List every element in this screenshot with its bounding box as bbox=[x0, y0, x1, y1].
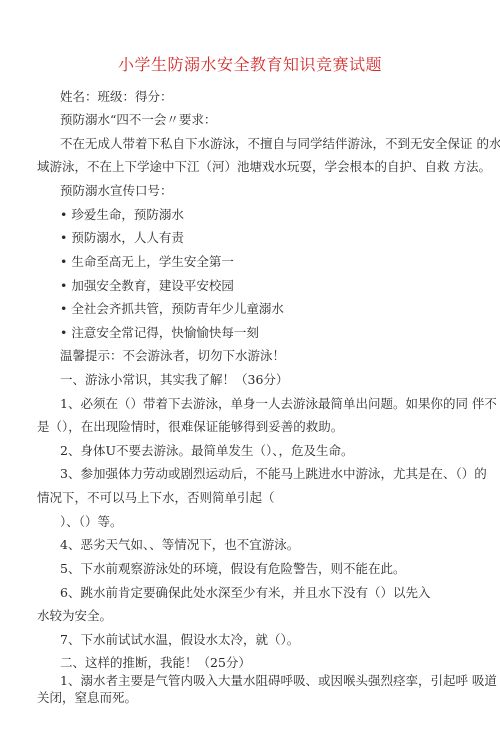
slogans-heading: 预防溺水宣传口号： bbox=[60, 183, 173, 199]
question-4: 4、恶劣天气如、、等情况下，也不宜游泳。 bbox=[60, 537, 299, 553]
question-6-line-2: 水较为安全。 bbox=[37, 608, 112, 624]
question-3-line-2: 情况下，不可以马上下水，否则简单引起（ bbox=[37, 490, 275, 506]
student-info-line: 姓名：班级：得分： bbox=[60, 89, 173, 105]
slogan-item: • 预防溺水，人人有责 bbox=[60, 230, 184, 246]
document-title: 小学生防溺水安全教育知识竞赛试题 bbox=[0, 52, 500, 75]
question-3-line-3: ）、（）等。 bbox=[60, 514, 123, 530]
section-2-question-1-line-1: 1、溺水者主要是气管内吸入大量水阻碍呼吸、或因喉头强烈痉挛，引起呼 吸道 bbox=[60, 673, 497, 689]
question-1-line-1: 1、必须在（）带着下去游泳，单身一人去游泳最简单出问题。如果你的同 伴不 bbox=[60, 396, 497, 412]
section-2-question-1-line-2: 关闭，窒息而死。 bbox=[37, 690, 137, 706]
slogan-item: • 注意安全常记得，快愉愉快每一刻 bbox=[60, 325, 259, 341]
slogan-item: • 加强安全教育，建设平安校园 bbox=[60, 278, 234, 294]
document-page: 小学生防溺水安全教育知识竞赛试题 姓名：班级：得分： 预防溺水“四不一会〃要求：… bbox=[0, 0, 500, 747]
requirements-heading: 预防溺水“四不一会〃要求： bbox=[60, 112, 216, 128]
slogan-item: • 珍爱生命，预防溺水 bbox=[60, 207, 184, 223]
question-3-line-1: 3、参加强体力劳动或剧烈运动后，不能马上跳进水中游泳，尤其是在、（）的 bbox=[60, 466, 487, 482]
slogan-item: • 生命至高无上，学生安全第一 bbox=[60, 254, 234, 270]
slogan-item: • 全社会齐抓共管，预防青年少儿童溺水 bbox=[60, 301, 284, 317]
safety-tip: 温馨提示：不会游泳者，切勿下水游泳！ bbox=[60, 348, 285, 364]
question-5: 5、下水前观察游泳处的环境，假设有危险警告，则不能在此。 bbox=[60, 561, 405, 577]
section-2-heading: 二、这样的推断，我能！（25分） bbox=[60, 655, 251, 671]
requirements-text-line-1: 不在无成人带着下私自下水游泳，不擅自与同学结伴游泳，不到无安全保证 的水 bbox=[60, 136, 500, 152]
section-1-heading: 一、游泳小常识，其实我了解！（36分） bbox=[60, 372, 288, 388]
question-2: 2、身体U不要去游泳。最简单发生（）、，危及生命。 bbox=[60, 443, 354, 459]
question-7: 7、下水前试试水温，假设水太冷，就（）。 bbox=[60, 632, 299, 648]
question-6-line-1: 6、跳水前肯定要确保此处水深至少有米，并且水下没有（）以先入 bbox=[60, 585, 430, 601]
requirements-text-line-2: 域游泳，不在上下学途中下江（河）池塘戏水玩耍，学会根本的自护、自救 方法。 bbox=[37, 159, 491, 175]
question-1-line-2: 是（），在出现险情时，很难保证能够得到妥善的救助。 bbox=[37, 419, 343, 435]
